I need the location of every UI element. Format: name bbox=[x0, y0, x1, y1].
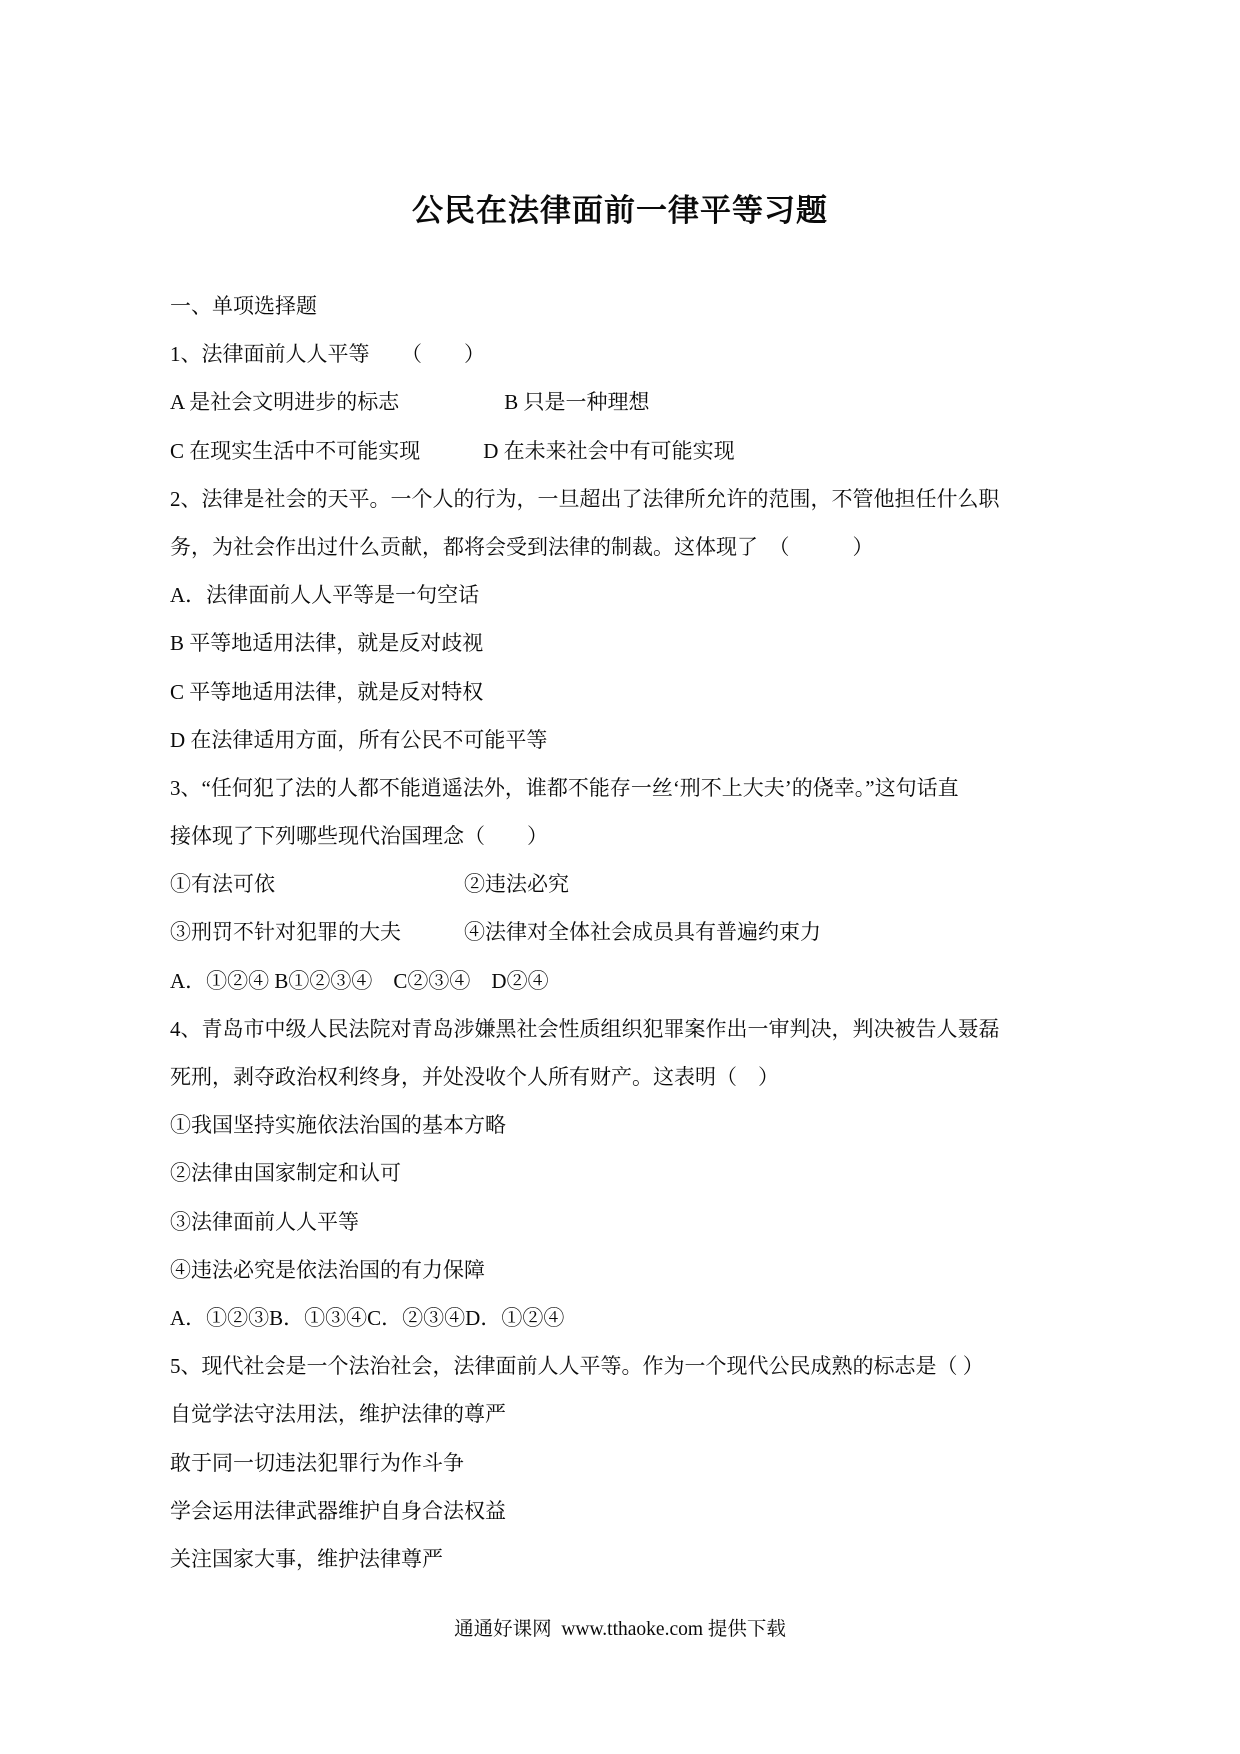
text-line: A．①②④ B①②③④ C②③④ D②④ bbox=[170, 957, 1100, 1005]
text-line: 自觉学法守法用法，维护法律的尊严 bbox=[170, 1390, 1100, 1438]
text-line: 5、现代社会是一个法治社会，法律面前人人平等。作为一个现代公民成熟的标志是（ ） bbox=[170, 1342, 1100, 1390]
text-line: 4、青岛市中级人民法院对青岛涉嫌黑社会性质组织犯罪案作出一审判决，判决被告人聂磊 bbox=[170, 1005, 1100, 1053]
text-line: B 平等地适用法律，就是反对歧视 bbox=[170, 619, 1100, 667]
text-line: ②法律由国家制定和认可 bbox=[170, 1149, 1100, 1197]
text-line: A．①②③B．①③④C．②③④D．①②④ bbox=[170, 1294, 1100, 1342]
page-footer: 通通好课网 www.tthaoke.com 提供下载 bbox=[0, 1617, 1240, 1643]
text-line: D 在法律适用方面，所有公民不可能平等 bbox=[170, 716, 1100, 764]
text-line: 学会运用法律武器维护自身合法权益 bbox=[170, 1487, 1100, 1535]
text-line: A 是社会文明进步的标志 B 只是一种理想 bbox=[170, 378, 1100, 426]
text-line: C 平等地适用法律，就是反对特权 bbox=[170, 668, 1100, 716]
text-line: 死刑，剥夺政治权利终身，并处没收个人所有财产。这表明（ ） bbox=[170, 1053, 1100, 1101]
text-line: ③法律面前人人平等 bbox=[170, 1198, 1100, 1246]
text-line: ①我国坚持实施依法治国的基本方略 bbox=[170, 1101, 1100, 1149]
text-line: 3、“任何犯了法的人都不能逍遥法外，谁都不能存一丝‘刑不上大夫’的侥幸。”这句话… bbox=[170, 764, 1100, 812]
text-line: ①有法可依 ②违法必究 bbox=[170, 860, 1100, 908]
document-body: 一、单项选择题1、法律面前人人平等 （ ）A 是社会文明进步的标志 B 只是一种… bbox=[170, 282, 1100, 1583]
document-page: 公民在法律面前一律平等习题 一、单项选择题1、法律面前人人平等 （ ）A 是社会… bbox=[0, 0, 1240, 1754]
text-line: ③刑罚不针对犯罪的大夫 ④法律对全体社会成员具有普遍约束力 bbox=[170, 908, 1100, 956]
text-line: 1、法律面前人人平等 （ ） bbox=[170, 330, 1100, 378]
text-line: 务，为社会作出过什么贡献，都将会受到法律的制裁。这体现了 （ ） bbox=[170, 523, 1100, 571]
text-line: A．法律面前人人平等是一句空话 bbox=[170, 571, 1100, 619]
page-title: 公民在法律面前一律平等习题 bbox=[0, 0, 1240, 232]
text-line: 敢于同一切违法犯罪行为作斗争 bbox=[170, 1439, 1100, 1487]
text-line: C 在现实生活中不可能实现 D 在未来社会中有可能实现 bbox=[170, 427, 1100, 475]
text-line: 关注国家大事，维护法律尊严 bbox=[170, 1535, 1100, 1583]
text-line: 2、法律是社会的天平。一个人的行为，一旦超出了法律所允许的范围，不管他担任什么职 bbox=[170, 475, 1100, 523]
text-line: ④违法必究是依法治国的有力保障 bbox=[170, 1246, 1100, 1294]
text-line: 接体现了下列哪些现代治国理念（ ） bbox=[170, 812, 1100, 860]
text-line: 一、单项选择题 bbox=[170, 282, 1100, 330]
